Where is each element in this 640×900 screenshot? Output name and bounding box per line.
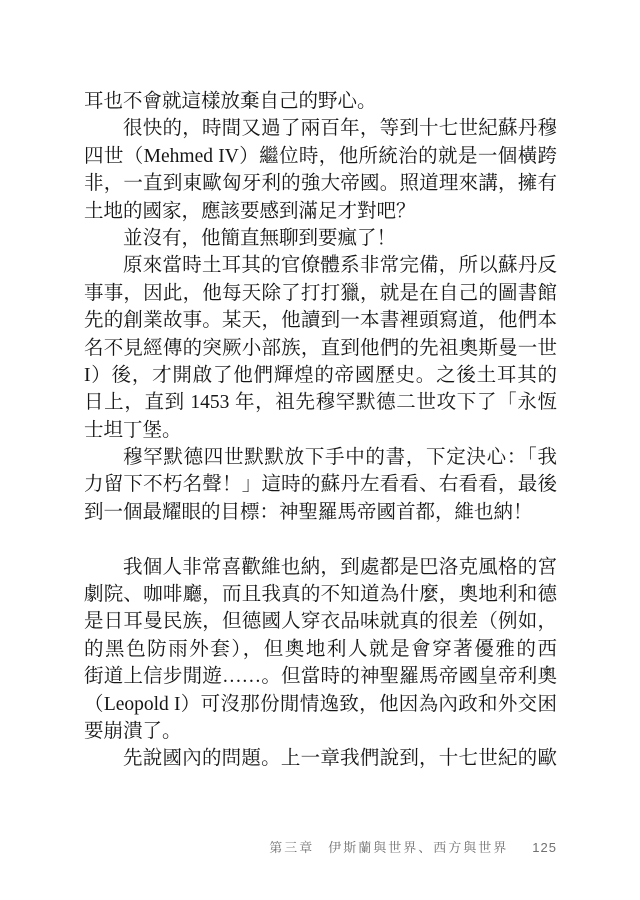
- book-page: 耳也不會就這樣放棄自己的野心。很快的，時間又過了兩百年，等到十七世紀蘇丹穆罕默德…: [0, 0, 640, 900]
- text-line: 力留下不朽名聲！」這時的蘇丹左看看、右看看，最後把目光放: [84, 471, 557, 498]
- text-line: 事事，因此，他每天除了打打獵，就是在自己的圖書館看一下祖: [84, 280, 557, 307]
- page-footer: 第三章 伊斯蘭與世界、西方與世界 125: [84, 837, 557, 856]
- text-line: 先的創業故事。某天，他讀到一本書裡頭寫道，他們本來是一個: [84, 307, 557, 334]
- text-line: 要崩潰了。: [84, 718, 557, 745]
- text-line: 名不見經傳的突厥小部族，直到他們的先祖奧斯曼一世（Osman: [84, 335, 557, 362]
- text-line: 很快的，時間又過了兩百年，等到十七世紀蘇丹穆罕默德: [84, 115, 557, 142]
- text-line: 士坦丁堡。: [84, 417, 557, 444]
- text-line: 四世（Mehmed IV）繼位時，他所統治的就是一個橫跨西亞、北: [84, 143, 557, 170]
- text-line: 並沒有，他簡直無聊到要瘋了！: [84, 225, 557, 252]
- text-line: 原來當時土耳其的官僚體系非常完備，所以蘇丹反倒無所: [84, 252, 557, 279]
- text-line: 先說國內的問題。上一章我們說到，十七世紀的歐洲已經: [84, 745, 557, 772]
- footer-page-number: 125: [532, 840, 557, 855]
- text-line: 街道上信步閒遊……。但當時的神聖羅馬帝國皇帝利奧波德一世: [84, 663, 557, 690]
- paragraph-break: [84, 526, 557, 553]
- text-line: 穆罕默德四世默默放下手中的書，下定決心：「我也要努: [84, 444, 557, 471]
- text-line: I）後，才開啟了他們輝煌的帝國歷史。之後土耳其的國勢蒸蒸: [84, 362, 557, 389]
- text-line: 的黑色防雨外套），但奧地利人就是會穿著優雅的西裝，在繁華: [84, 636, 557, 663]
- text-line: （Leopold I）可沒那份閒情逸致，他因為內政和外交困境，急到: [84, 691, 557, 718]
- text-line: 日上，直到 1453 年，祖先穆罕默德二世攻下了「永恆之城」君: [84, 389, 557, 416]
- text-line: 是日耳曼民族，但德國人穿衣品味就真的很差（例如，千篇一律: [84, 608, 557, 635]
- text-line: 我個人非常喜歡維也納，到處都是巴洛克風格的宮殿、歌: [84, 554, 557, 581]
- text-line: 到一個最耀眼的目標：神聖羅馬帝國首都，維也納！: [84, 499, 557, 526]
- text-line: 劇院、咖啡廳，而且我真的不知道為什麼，奧地利和德國雖然都: [84, 581, 557, 608]
- text-line: 非，一直到東歐匈牙利的強大帝國。照道理來講，擁有這麼大片: [84, 170, 557, 197]
- page-text: 耳也不會就這樣放棄自己的野心。很快的，時間又過了兩百年，等到十七世紀蘇丹穆罕默德…: [84, 88, 557, 773]
- footer-chapter-label: 第三章: [269, 837, 314, 856]
- text-line: 土地的國家，應該要感到滿足才對吧？: [84, 198, 557, 225]
- footer-chapter-title: 伊斯蘭與世界、西方與世界: [328, 837, 508, 856]
- text-line: 耳也不會就這樣放棄自己的野心。: [84, 88, 557, 115]
